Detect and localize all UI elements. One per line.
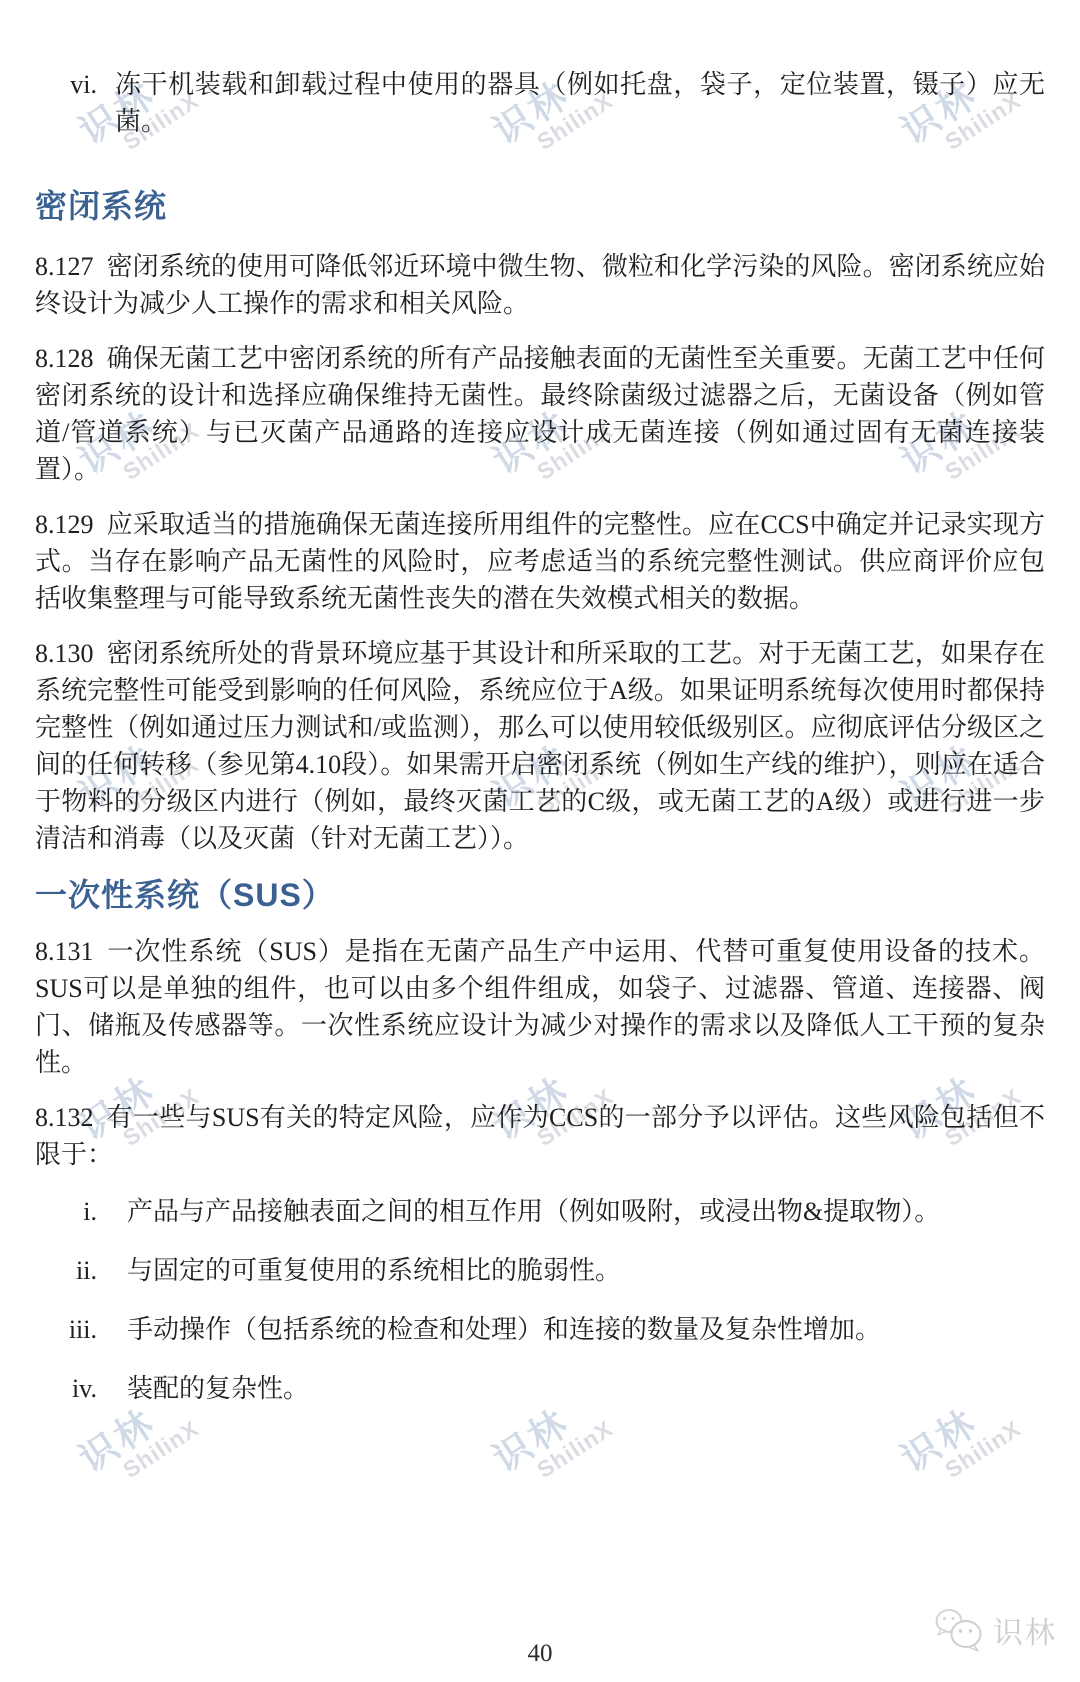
paragraph-8-132: 8.132有一些与SUS有关的特定风险，应作为CCS的一部分予以评估。这些风险包… xyxy=(35,1099,1045,1173)
paragraph-number: 8.129 xyxy=(35,510,94,539)
paragraph-text: 密闭系统所处的背景环境应基于其设计和所采取的工艺。对于无菌工艺，如果存在系统完整… xyxy=(35,639,1045,853)
page-number: 40 xyxy=(0,1640,1080,1668)
paragraph-8-128: 8.128确保无菌工艺中密闭系统的所有产品接触表面的无菌性至关重要。无菌工艺中任… xyxy=(35,340,1045,488)
paragraph-number: 8.128 xyxy=(35,344,94,373)
list-marker: vi. xyxy=(35,66,97,140)
paragraph-text: 一次性系统（SUS）是指在无菌产品生产中运用、代替可重复使用设备的技术。SUS可… xyxy=(35,937,1045,1077)
paragraph-text: 密闭系统的使用可降低邻近环境中微生物、微粒和化学污染的风险。密闭系统应始终设计为… xyxy=(35,252,1045,318)
paragraph-number: 8.127 xyxy=(35,252,94,281)
paragraph-8-129: 8.129应采取适当的措施确保无菌连接所用组件的完整性。应在CCS中确定并记录实… xyxy=(35,506,1045,617)
paragraph-8-131: 8.131一次性系统（SUS）是指在无菌产品生产中运用、代替可重复使用设备的技术… xyxy=(35,933,1045,1081)
list-marker: i. xyxy=(35,1193,97,1230)
list-marker: iii. xyxy=(35,1311,97,1348)
paragraph-text: 确保无菌工艺中密闭系统的所有产品接触表面的无菌性至关重要。无菌工艺中任何密闭系统… xyxy=(35,344,1045,484)
page-content: vi. 冻干机装载和卸载过程中使用的器具（例如托盘，袋子，定位装置，镊子）应无菌… xyxy=(0,66,1080,1407)
paragraph-text: 有一些与SUS有关的特定风险，应作为CCS的一部分予以评估。这些风险包括但不限于… xyxy=(35,1103,1045,1169)
risk-list-item-iii: iii. 手动操作（包括系统的检查和处理）和连接的数量及复杂性增加。 xyxy=(35,1311,1045,1348)
list-item-text: 冻干机装载和卸载过程中使用的器具（例如托盘，袋子，定位装置，镊子）应无菌。 xyxy=(115,66,1045,140)
risk-list-item-i: i. 产品与产品接触表面之间的相互作用（例如吸附，或浸出物&提取物）。 xyxy=(35,1193,1045,1230)
list-item-text: 产品与产品接触表面之间的相互作用（例如吸附，或浸出物&提取物）。 xyxy=(127,1193,1045,1230)
risk-list-item-ii: ii. 与固定的可重复使用的系统相比的脆弱性。 xyxy=(35,1252,1045,1289)
list-marker: iv. xyxy=(35,1370,97,1407)
paragraph-number: 8.131 xyxy=(35,937,94,966)
paragraph-8-127: 8.127密闭系统的使用可降低邻近环境中微生物、微粒和化学污染的风险。密闭系统应… xyxy=(35,248,1045,322)
list-item-text: 与固定的可重复使用的系统相比的脆弱性。 xyxy=(127,1252,1045,1289)
section-heading-closed-systems: 密闭系统 xyxy=(35,184,1045,228)
paragraph-number: 8.130 xyxy=(35,639,94,668)
paragraph-text: 应采取适当的措施确保无菌连接所用组件的完整性。应在CCS中确定并记录实现方式。当… xyxy=(35,510,1045,613)
list-item-text: 装配的复杂性。 xyxy=(127,1370,1045,1407)
list-marker: ii. xyxy=(35,1252,97,1289)
risk-list-item-iv: iv. 装配的复杂性。 xyxy=(35,1370,1045,1407)
paragraph-number: 8.132 xyxy=(35,1103,94,1132)
section-heading-sus: 一次性系统（SUS） xyxy=(35,873,1045,917)
paragraph-8-130: 8.130密闭系统所处的背景环境应基于其设计和所采取的工艺。对于无菌工艺，如果存… xyxy=(35,635,1045,857)
list-item-vi: vi. 冻干机装载和卸载过程中使用的器具（例如托盘，袋子，定位装置，镊子）应无菌… xyxy=(35,66,1045,140)
list-item-text: 手动操作（包括系统的检查和处理）和连接的数量及复杂性增加。 xyxy=(127,1311,1045,1348)
document-page: 识林ShilinX识林ShilinX识林ShilinX识林ShilinX识林Sh… xyxy=(0,0,1080,1682)
